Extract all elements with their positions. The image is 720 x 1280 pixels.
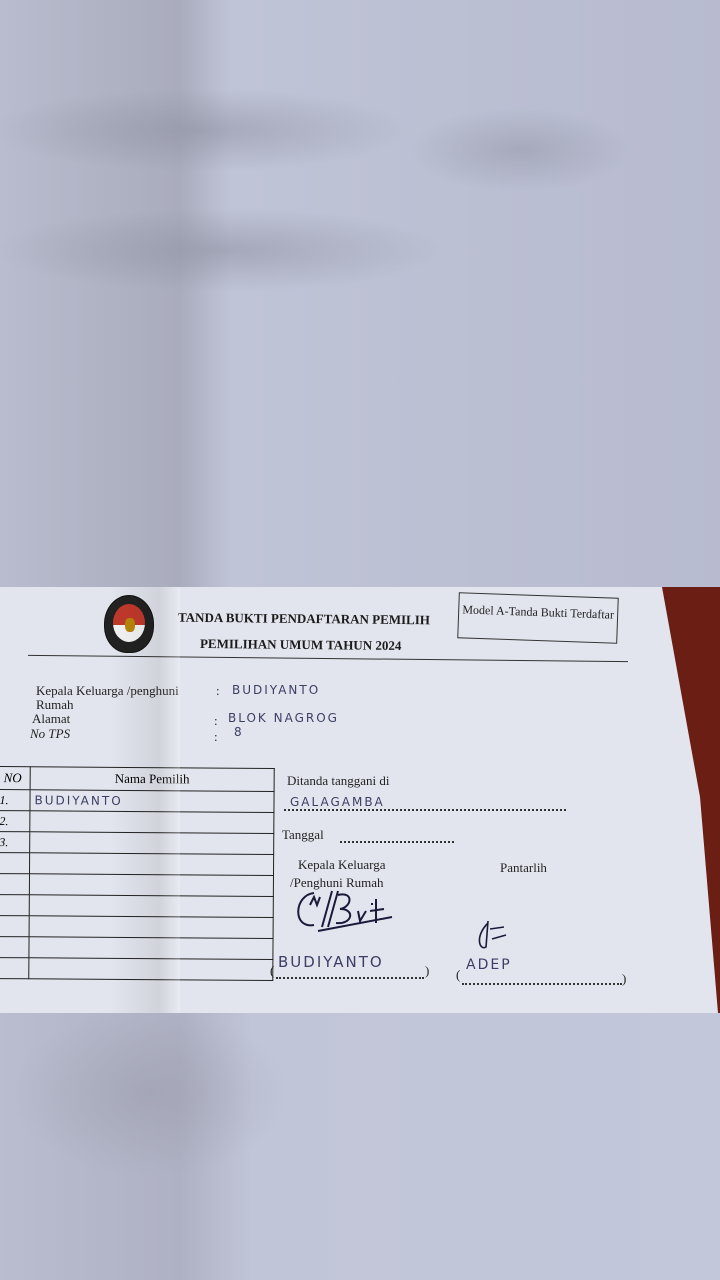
field-label-alamat: Alamat xyxy=(32,711,70,727)
field-value-tps: 8 xyxy=(234,725,244,739)
registration-form: TANDA BUKTI PENDAFTARAN PEMILIH PEMILIHA… xyxy=(0,587,720,1013)
signature-icon xyxy=(470,917,520,957)
table-row: 3. xyxy=(0,832,274,855)
colon: : xyxy=(216,683,220,699)
blurred-background-top xyxy=(0,0,720,587)
table-row xyxy=(0,874,273,897)
field-value-kepala: BUDIYANTO xyxy=(232,683,320,697)
document-photo: TANDA BUKTI PENDAFTARAN PEMILIH PEMILIHA… xyxy=(0,587,720,1013)
colon: : xyxy=(214,713,218,729)
place-label: Ditanda tanggani di xyxy=(287,773,390,789)
table-header-row: NO Nama Pemilih xyxy=(0,767,274,792)
field-label-tps: No TPS xyxy=(30,726,70,742)
blurred-background-bottom xyxy=(0,1013,720,1280)
form-subtitle: PEMILIHAN UMUM TAHUN 2024 xyxy=(200,636,402,654)
column-header-name: Nama Pemilih xyxy=(30,767,274,792)
date-dotted-line xyxy=(340,841,454,843)
left-close-paren: ) xyxy=(425,963,429,979)
voter-table: NO Nama Pemilih 1.BUDIYANTO 2. 3. xyxy=(0,766,275,981)
right-close-paren: ) xyxy=(622,971,626,987)
right-open-paren: ( xyxy=(456,967,460,983)
date-label: Tanggal xyxy=(282,827,324,843)
table-row xyxy=(0,937,273,960)
table-row xyxy=(0,958,273,981)
form-title: TANDA BUKTI PENDAFTARAN PEMILIH xyxy=(178,610,430,629)
left-name-dotted-line xyxy=(276,977,424,979)
right-name-dotted-line xyxy=(462,983,622,985)
table-row: 2. xyxy=(0,811,274,834)
table-row xyxy=(0,895,273,918)
place-value: GALAGAMBA xyxy=(290,795,385,809)
model-box: Model A-Tanda Bukti Terdaftar xyxy=(457,592,619,644)
right-signer-name: ADEP xyxy=(466,957,512,973)
header-divider xyxy=(28,655,628,662)
left-signer-name: BUDIYANTO xyxy=(278,953,384,971)
column-header-no: NO xyxy=(0,767,30,790)
table-row: 1.BUDIYANTO xyxy=(0,790,274,813)
colon: : xyxy=(214,729,218,745)
left-open-paren: ( xyxy=(270,963,274,979)
right-role: Pantarlih xyxy=(500,860,547,876)
kpu-logo-icon xyxy=(104,595,154,653)
signature-icon xyxy=(292,885,402,935)
field-value-alamat: BLOK NAGROG xyxy=(228,711,339,725)
place-dotted-line xyxy=(284,809,566,811)
table-row xyxy=(0,916,273,939)
table-row xyxy=(0,853,274,876)
left-role-line1: Kepala Keluarga xyxy=(298,857,385,873)
